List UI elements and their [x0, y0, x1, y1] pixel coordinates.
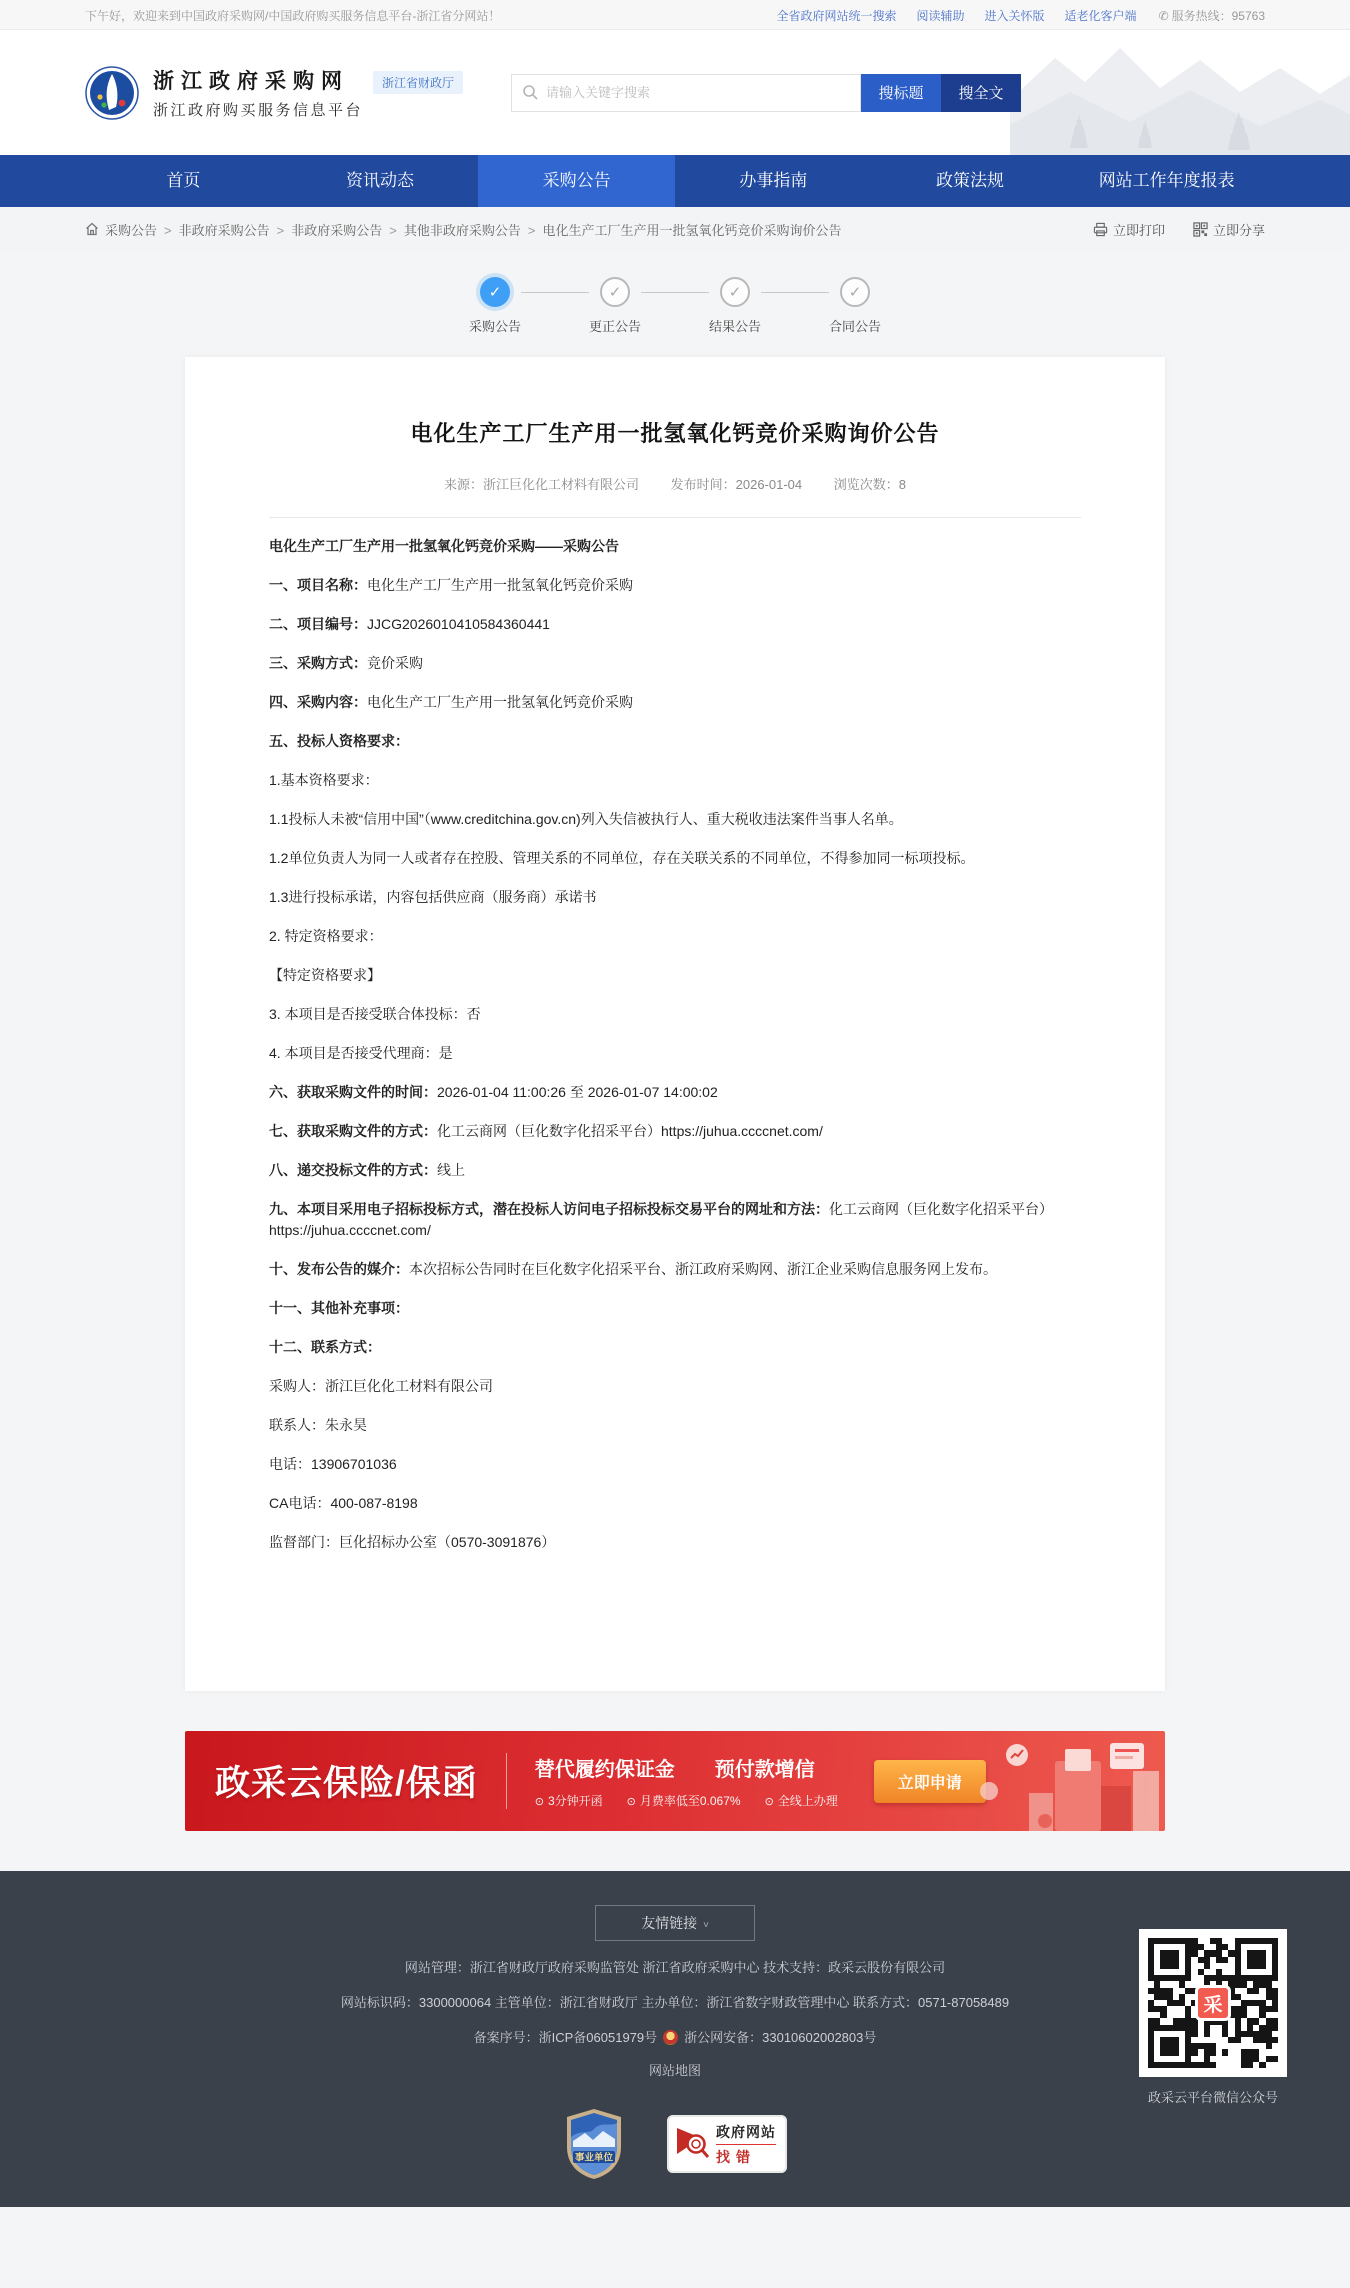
security-record-number[interactable]: 浙公网安备：33010602002803号	[684, 2030, 876, 2045]
article-paragraph-19: 十二、联系方式：	[269, 1337, 1081, 1358]
article-paragraph-18: 十一、其他补充事项：	[269, 1298, 1081, 1319]
printer-icon	[1093, 222, 1108, 237]
qr-caption: 政采云平台微信公众号	[1139, 2087, 1287, 2106]
main-nav: 首页资讯动态采购公告办事指南政策法规网站工作年度报表	[0, 155, 1350, 207]
announcement-steps: ✓采购公告✓更正公告✓结果公告✓合同公告	[0, 251, 1350, 341]
banner-point-2: ⊙全线上办理	[765, 1792, 838, 1809]
print-button[interactable]: 立即打印	[1093, 220, 1165, 239]
announcement-subtitle: 电化生产工厂生产用一批氢氧化钙竞价采购——采购公告	[269, 536, 1081, 557]
public-institution-badge[interactable]: 事业单位	[563, 2107, 625, 2181]
announcement-title: 电化生产工厂生产用一批氢氧化钙竞价采购询价公告	[269, 417, 1081, 448]
site-logo	[85, 66, 139, 120]
banner-feature-0: 替代履约保证金	[535, 1753, 675, 1782]
search-icon	[522, 84, 538, 100]
nav-item-3[interactable]: 办事指南	[675, 155, 872, 207]
phone-icon: ✆	[1159, 9, 1169, 23]
banner-point-1: ⊙月费率低至0.067%	[627, 1792, 741, 1809]
article-paragraph-9: 2. 特定资格要求：	[269, 926, 1081, 947]
article-paragraph-21: 联系人：朱永昊	[269, 1415, 1081, 1436]
meta-publish-time: 发布时间：2026-01-04	[671, 477, 803, 492]
step-check-icon: ✓	[840, 277, 870, 307]
banner-title: 政采云保险/保函	[215, 1756, 478, 1806]
service-hotline: ✆服务热线：95763	[1159, 7, 1265, 24]
banner-divider	[506, 1753, 507, 1809]
qr-code: 采	[1139, 1929, 1287, 2077]
breadcrumb-separator: >	[277, 223, 285, 238]
article-paragraph-0: 一、项目名称：电化生产工厂生产用一批氢氧化钙竞价采购	[269, 575, 1081, 596]
share-qr-icon	[1193, 222, 1208, 237]
topbar-links: 全省政府网站统一搜索阅读辅助进入关怀版适老化客户端	[757, 7, 1137, 24]
banner-point-0: ⊙3分钟开函	[535, 1792, 603, 1809]
article-paragraph-14: 七、获取采购文件的方式：化工云商网（巨化数字化招采平台）https://juhu…	[269, 1121, 1081, 1142]
find-error-line2: 找错	[716, 2147, 776, 2167]
topbar-link-1[interactable]: 阅读辅助	[917, 9, 965, 23]
step-3: ✓合同公告	[795, 277, 915, 335]
article-paragraph-15: 八、递交投标文件的方式：线上	[269, 1160, 1081, 1181]
article-paragraph-7: 1.2单位负责人为同一人或者存在控股、管理关系的不同单位，存在关联关系的不同单位…	[269, 848, 1081, 869]
article-paragraph-16: 九、本项目采用电子招标投标方式，潜在投标人访问电子招标投标交易平台的网址和方法：…	[269, 1199, 1081, 1241]
nav-item-2[interactable]: 采购公告	[478, 155, 675, 207]
breadcrumb-item-4[interactable]: 电化生产工厂生产用一批氢氧化钙竞价采购询价公告	[542, 223, 841, 238]
article-paragraph-17: 十、发布公告的媒介：本次招标公告同时在巨化数字化招采平台、浙江政府采购网、浙江企…	[269, 1259, 1081, 1280]
chevron-down-icon: ˅	[703, 1920, 709, 1931]
icp-number[interactable]: 备案序号：浙ICP备06051979号	[474, 2030, 658, 2045]
step-label: 结果公告	[675, 316, 795, 335]
breadcrumb-item-1[interactable]: 非政府采购公告	[179, 223, 270, 238]
article-paragraph-10: 【特定资格要求】	[269, 965, 1081, 986]
zcy-insurance-banner[interactable]: 政采云保险/保函 替代履约保证金预付款增信 ⊙3分钟开函⊙月费率低至0.067%…	[185, 1731, 1165, 1831]
topbar-link-3[interactable]: 适老化客户端	[1065, 9, 1137, 23]
step-label: 更正公告	[555, 316, 675, 335]
step-check-icon: ✓	[480, 277, 510, 307]
site-title: 浙江政府采购网	[153, 65, 363, 95]
search-fulltext-button[interactable]: 搜全文	[941, 74, 1021, 112]
article-paragraph-4: 五、投标人资格要求：	[269, 731, 1081, 752]
breadcrumb: 采购公告>非政府采购公告>非政府采购公告>其他非政府采购公告>电化生产工厂生产用…	[85, 220, 841, 239]
point-icon: ⊙	[627, 1796, 636, 1808]
meta-source: 来源：浙江巨化化工材料有限公司	[444, 477, 639, 492]
breadcrumb-item-3[interactable]: 其他非政府采购公告	[404, 223, 521, 238]
breadcrumb-separator: >	[389, 223, 397, 238]
point-icon: ⊙	[765, 1796, 774, 1808]
find-error-icon	[675, 2124, 709, 2164]
welcome-text: 下午好，欢迎来到中国政府采购网/中国政府购买服务信息平台-浙江省分网站！	[85, 7, 500, 24]
search-input[interactable]	[511, 74, 861, 112]
topbar-link-2[interactable]: 进入关怀版	[985, 9, 1045, 23]
step-2: ✓结果公告	[675, 277, 795, 335]
article-paragraph-24: 监督部门：巨化招标办公室（0570-3091876）	[269, 1532, 1081, 1553]
article-paragraph-2: 三、采购方式：竞价采购	[269, 653, 1081, 674]
breadcrumb-item-2[interactable]: 非政府采购公告	[291, 223, 382, 238]
banner-illustration	[905, 1731, 1165, 1831]
article-paragraph-22: 电话：13906701036	[269, 1454, 1081, 1475]
announcement-meta: 来源：浙江巨化化工材料有限公司 发布时间：2026-01-04 浏览次数：8	[269, 474, 1081, 493]
national-emblem-icon	[663, 2030, 678, 2045]
article-paragraph-3: 四、采购内容：电化生产工厂生产用一批氢氧化钙竞价采购	[269, 692, 1081, 713]
announcement-card: 电化生产工厂生产用一批氢氧化钙竞价采购询价公告 来源：浙江巨化化工材料有限公司 …	[185, 357, 1165, 1691]
banner-points: ⊙3分钟开函⊙月费率低至0.067%⊙全线上办理	[535, 1792, 838, 1809]
topbar-link-0[interactable]: 全省政府网站统一搜索	[777, 9, 897, 23]
step-label: 采购公告	[435, 316, 555, 335]
article-paragraph-8: 1.3进行投标承诺，内容包括供应商（服务商）承诺书	[269, 887, 1081, 908]
step-check-icon: ✓	[720, 277, 750, 307]
point-icon: ⊙	[535, 1796, 544, 1808]
share-button[interactable]: 立即分享	[1193, 220, 1265, 239]
article-paragraph-6: 1.1投标人未被“信用中国”（www.creditchina.gov.cn)列入…	[269, 809, 1081, 830]
meta-divider	[269, 517, 1081, 518]
article-paragraph-12: 4. 本项目是否接受代理商：是	[269, 1043, 1081, 1064]
nav-item-0[interactable]: 首页	[85, 155, 282, 207]
step-label: 合同公告	[795, 316, 915, 335]
banner-features: 替代履约保证金预付款增信	[535, 1753, 838, 1782]
nav-item-1[interactable]: 资讯动态	[282, 155, 479, 207]
friend-links-dropdown[interactable]: 友情链接˅	[595, 1905, 755, 1941]
nav-item-5[interactable]: 网站工作年度报表	[1068, 155, 1265, 207]
step-0: ✓采购公告	[435, 277, 555, 335]
wechat-qr-block: 采 政采云平台微信公众号	[1139, 1929, 1287, 2106]
site-subtitle: 浙江政府购买服务信息平台	[153, 99, 363, 120]
shield-badge-label: 事业单位	[575, 2152, 614, 2164]
breadcrumb-bar: 采购公告>非政府采购公告>非政府采购公告>其他非政府采购公告>电化生产工厂生产用…	[0, 207, 1350, 251]
top-utility-bar: 下午好，欢迎来到中国政府采购网/中国政府购买服务信息平台-浙江省分网站！ 全省政…	[0, 0, 1350, 30]
banner-feature-1: 预付款增信	[715, 1753, 815, 1782]
nav-item-4[interactable]: 政策法规	[872, 155, 1069, 207]
article-paragraph-13: 六、获取采购文件的时间：2026-01-04 11:00:26 至 2026-0…	[269, 1082, 1081, 1103]
article-paragraph-1: 二、项目编号：JJCG2026010410584360441	[269, 614, 1081, 635]
step-1: ✓更正公告	[555, 277, 675, 335]
article-paragraph-20: 采购人：浙江巨化化工材料有限公司	[269, 1376, 1081, 1397]
breadcrumb-separator: >	[164, 223, 172, 238]
meta-view-count: 浏览次数：8	[834, 477, 906, 492]
article-paragraph-23: CA电话：400-087-8198	[269, 1493, 1081, 1514]
article-paragraph-5: 1.基本资格要求：	[269, 770, 1081, 791]
find-error-line1: 政府网站	[716, 2122, 776, 2145]
zcy-qr-logo: 采	[1195, 1985, 1231, 2021]
step-check-icon: ✓	[600, 277, 630, 307]
site-footer: 友情链接˅ 网站管理：浙江省财政厅政府采购监管处 浙江省政府采购中心 技术支持：…	[0, 1871, 1350, 2207]
breadcrumb-item-0[interactable]: 采购公告	[105, 223, 157, 238]
finance-dept-badge: 浙江省财政厅	[373, 71, 463, 94]
home-icon[interactable]	[85, 222, 99, 236]
article-paragraph-11: 3. 本项目是否接受联合体投标：否	[269, 1004, 1081, 1025]
site-header: 浙江政府采购网 浙江政府购买服务信息平台 浙江省财政厅 搜标题 搜全文	[0, 30, 1350, 155]
breadcrumb-separator: >	[528, 223, 536, 238]
find-error-badge[interactable]: 政府网站 找错	[667, 2115, 787, 2173]
search-title-button[interactable]: 搜标题	[861, 74, 941, 112]
